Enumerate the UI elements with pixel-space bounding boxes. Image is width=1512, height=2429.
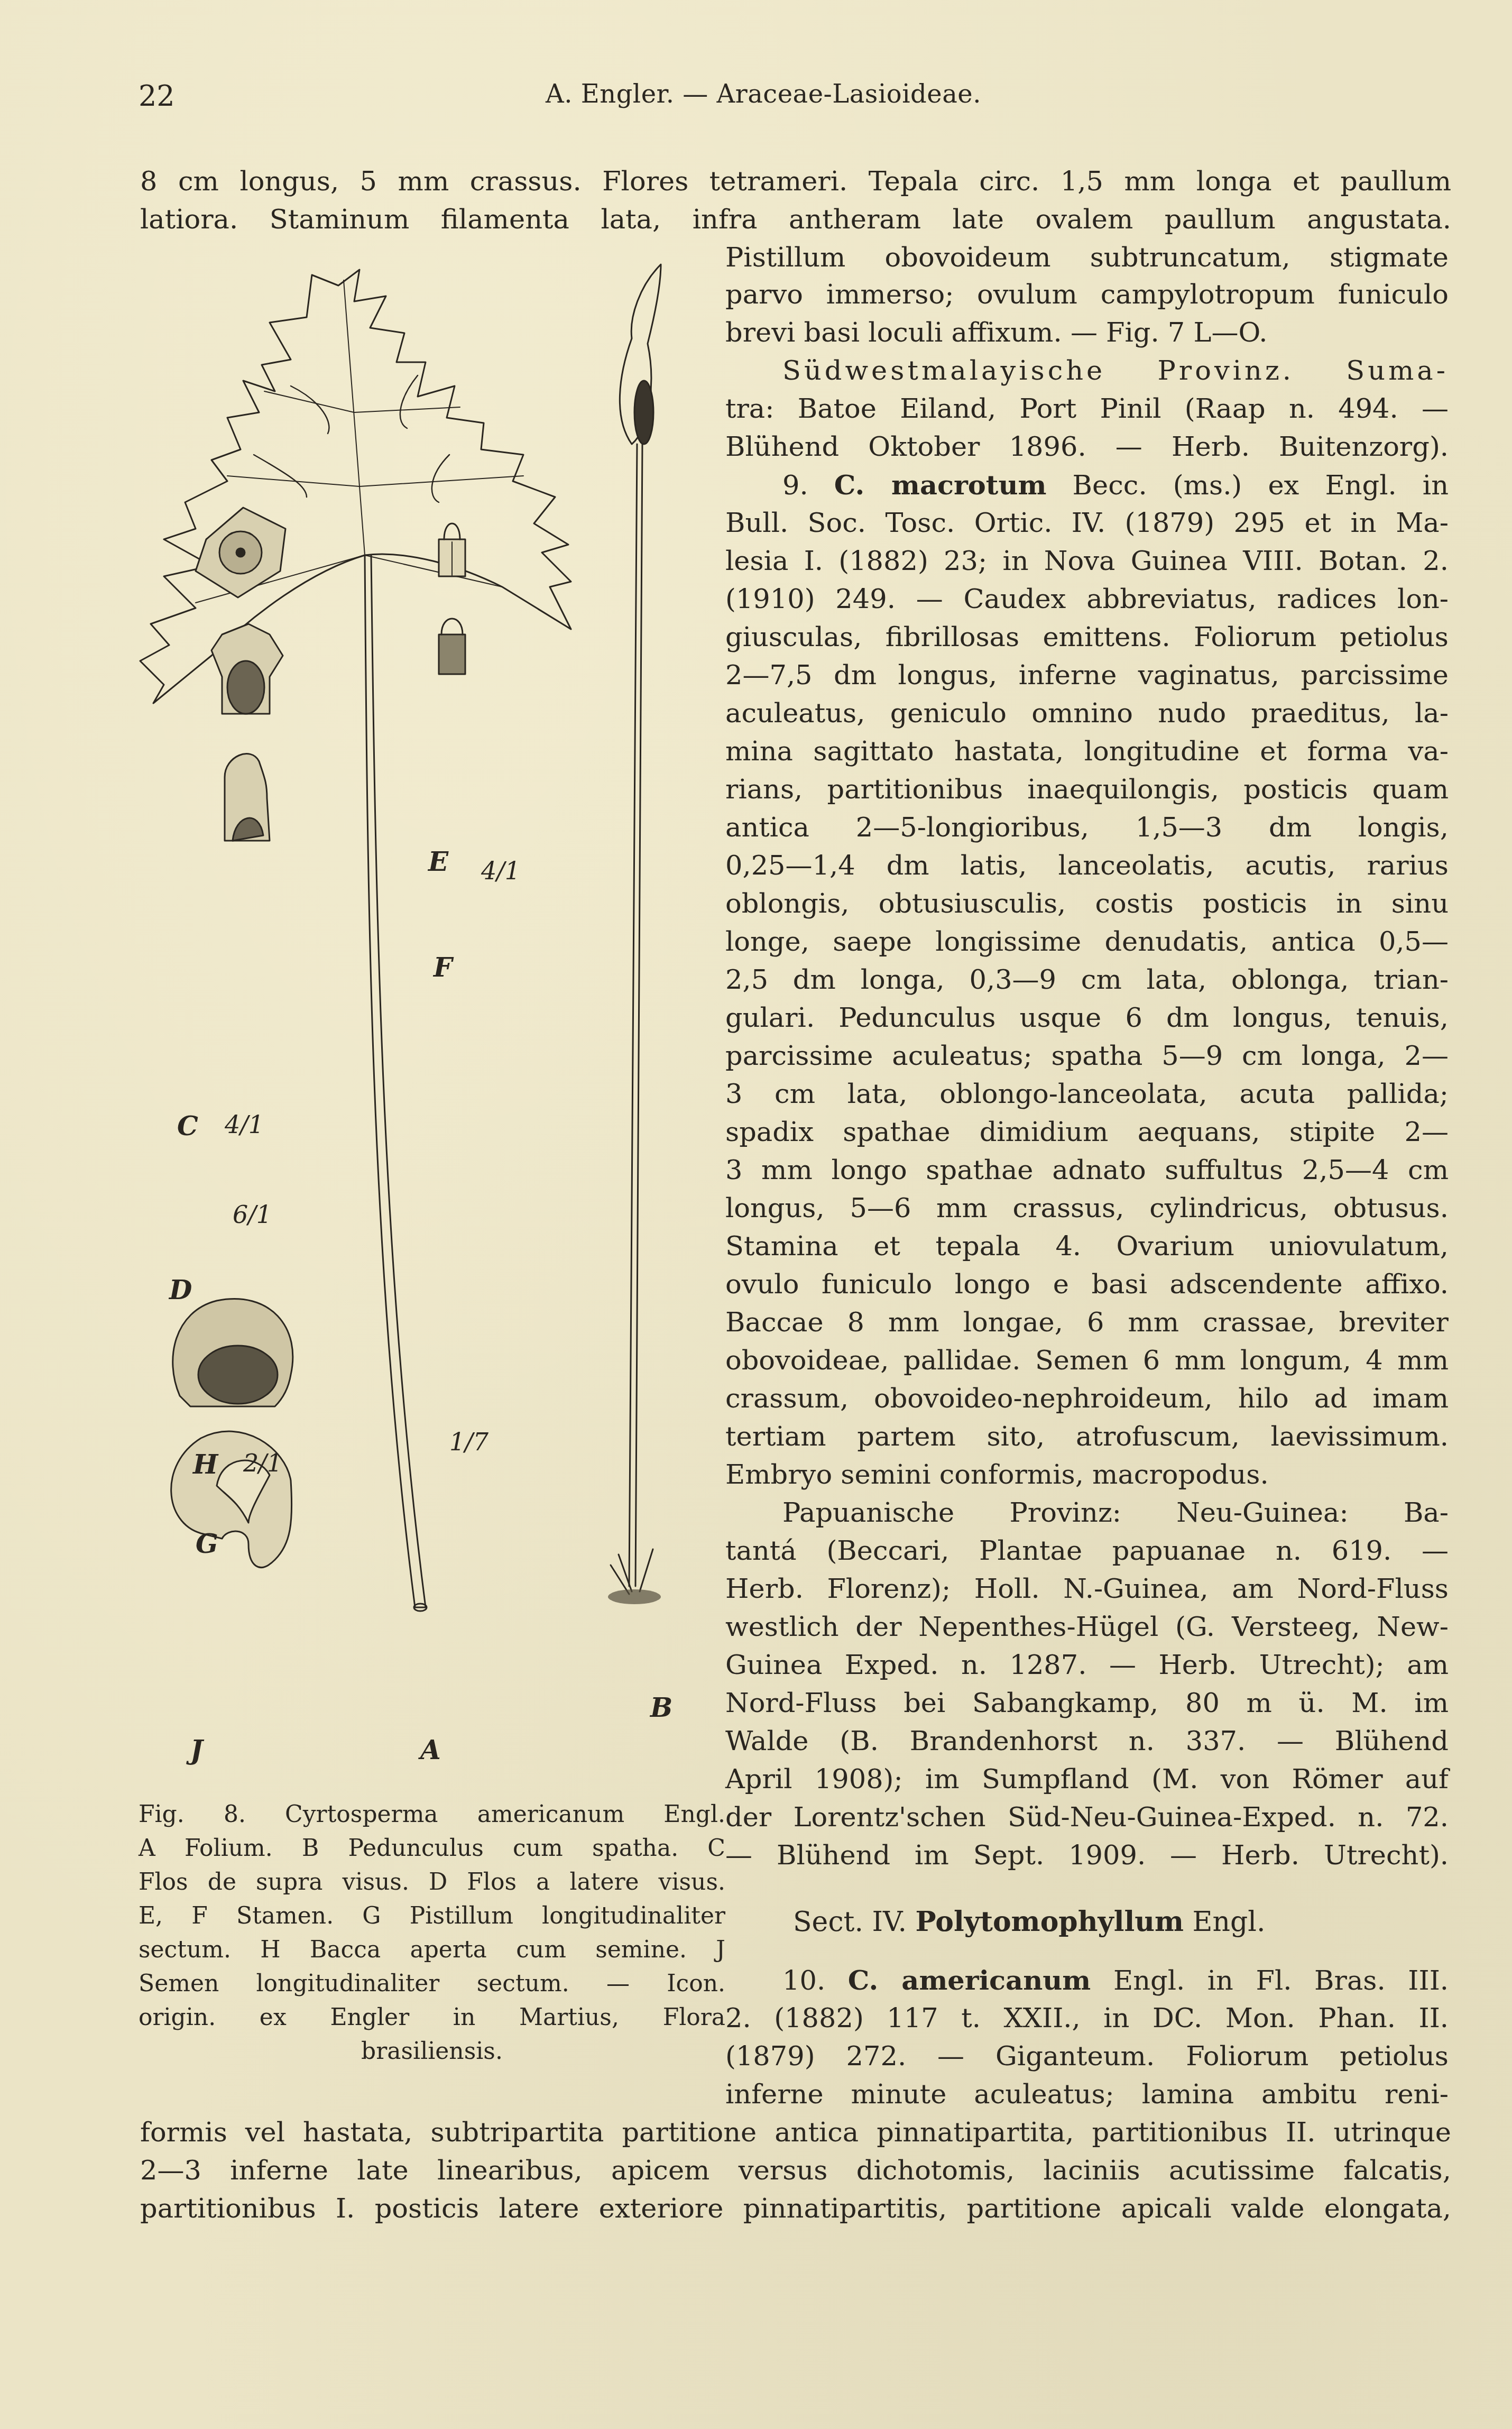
text-line: lesia I. (1882) 23; in Nova Guinea VIII.… [725, 542, 1449, 581]
caption-line: brasiliensis. [139, 2035, 725, 2068]
berry-section-icon [173, 1299, 293, 1406]
caption-line: Flos de supra visus. D Flos a latere vis… [139, 1865, 725, 1899]
text-line: der Lorentz'schen Süd-Neu-Guinea-Exped. … [725, 1799, 1449, 1837]
running-head-title: A. Engler. — Araceae-Lasioideae. [546, 79, 981, 109]
text-line: ovulo funiculo longo e basi adscendente … [725, 1266, 1449, 1304]
text-line: Guinea Exped. n. 1287. — Herb. Utrecht);… [725, 1646, 1449, 1685]
species-name: C. macrotum [834, 470, 1047, 501]
text-line: Pistillum obovoideum subtruncatum, stigm… [725, 239, 1449, 277]
fig-label-j: J [190, 1734, 203, 1765]
figure-caption: Fig. 8. Cyrtosperma americanum Engl. A F… [139, 1798, 725, 2068]
text-line: gulari. Pedunculus usque 6 dm longus, te… [725, 999, 1449, 1037]
text-line: longus, 5—6 mm crassus, cylindricus, obt… [725, 1190, 1449, 1228]
text-line: Blühend Oktober 1896. — Herb. Buitenzorg… [725, 428, 1449, 466]
text-line: tra: Batoe Eiland, Port Pinil (Raap n. 4… [725, 390, 1449, 428]
text-line: partitionibus I. posticis latere exterio… [140, 2190, 1451, 2228]
fig-scale-g: 6/1 [233, 1200, 272, 1229]
flower-side-view-icon [211, 624, 283, 714]
text-line: Stamina et tepala 4. Ovarium uniovulatum… [725, 1228, 1449, 1266]
species-name: C. americanum [848, 1965, 1091, 1996]
text-line: mina sagittato hastata, longitudine et f… [725, 733, 1449, 771]
text-line: antica 2—5-longioribus, 1,5—3 dm longis, [725, 809, 1449, 847]
section-name: Polytomophyllum [916, 1906, 1184, 1938]
flower-top-view-icon [196, 508, 285, 597]
fig-label-g: G [196, 1528, 218, 1559]
spatha-icon [608, 264, 661, 1604]
text-line: 0,25—1,4 dm latis, lanceolatis, acutis, … [725, 847, 1449, 885]
text-line: Embryo semini conformis, macropodus. [725, 1456, 1449, 1494]
text-line: inferne minute aculeatus; lamina ambitu … [725, 2076, 1449, 2114]
species-number: 10. [782, 1965, 825, 1996]
text-line: westlich der Nepenthes-Hügel (G. Verstee… [725, 1608, 1449, 1646]
running-head: 22 A. Engler. — Araceae-Lasioideae. [139, 79, 1450, 116]
text-line: 2—7,5 dm longus, inferne vaginatus, parc… [725, 657, 1449, 695]
fig-scale-c: 4/1 [225, 1110, 264, 1139]
text-line: Baccae 8 mm longae, 6 mm crassae, brevit… [725, 1304, 1449, 1342]
text-line: 3 cm lata, oblongo-lanceolata, acuta pal… [725, 1075, 1449, 1114]
stamen-e-icon [439, 523, 465, 576]
species-citation: Engl. in Fl. Bras. III. [1113, 1965, 1449, 1996]
text-line: parvo immerso; ovulum campylotropum funi… [725, 276, 1449, 314]
section-heading: Sect. IV. Polytomophyllum Engl. [793, 1906, 1265, 1938]
text-line: Nord-Fluss bei Sabangkamp, 80 m ü. M. im [725, 1685, 1449, 1723]
section-author: Engl. [1193, 1906, 1266, 1938]
fig-label-f: F [434, 952, 453, 983]
text-line: 8 cm longus, 5 mm crassus. Flores tetram… [140, 163, 1451, 201]
fig-label-h: H [193, 1449, 218, 1480]
text-line: giusculas, fibrillosas emittens. Folioru… [725, 619, 1449, 657]
caption-line: Fig. 8. Cyrtosperma americanum Engl. [139, 1798, 725, 1832]
species-heading-9: 9. C. macrotum Becc. (ms.) ex Engl. in [782, 466, 1449, 505]
text-line: oblongis, obtusiusculis, costis posticis… [725, 885, 1449, 923]
text-line: 2. (1882) 117 t. XXII., in DC. Mon. Phan… [725, 2000, 1449, 2038]
species-citation: Becc. (ms.) ex Engl. in [1073, 470, 1449, 501]
text-line: Herb. Florenz); Holl. N.-Guinea, am Nord… [725, 1570, 1449, 1608]
text-line: (1879) 272. — Giganteum. Foliorum petiol… [725, 2038, 1449, 2076]
text-line: latiora. Staminum filamenta lata, infra … [140, 201, 1451, 239]
fig-label-c: C [177, 1110, 198, 1142]
species-number: 9. [782, 470, 808, 501]
leaf-blade-icon [140, 270, 571, 703]
text-line: longe, saepe longissime denudatis, antic… [725, 923, 1449, 961]
province-heading: Papuanische Provinz: Neu-Guinea: Ba- [782, 1494, 1449, 1532]
text-line: 2,5 dm longa, 0,3—9 cm lata, oblonga, tr… [725, 961, 1449, 999]
fig-scale-a: 1/7 [449, 1428, 488, 1456]
botanical-drawing [132, 254, 714, 1787]
fig-scale-h: 2/1 [243, 1449, 282, 1477]
text-line: — Blühend im Sept. 1909. — Herb. Utrecht… [725, 1837, 1449, 1875]
caption-line: sectum. H Bacca aperta cum semine. J [139, 1933, 725, 1967]
caption-line: E, F Stamen. G Pistillum longitudinalite… [139, 1899, 725, 1933]
text-line: rians, partitionibus inaequilongis, post… [725, 771, 1449, 809]
text-line: crassum, obovoideo-nephroideum, hilo ad … [725, 1380, 1449, 1418]
petiole-icon [365, 555, 426, 1607]
text-line: Bull. Soc. Tosc. Ortic. IV. (1879) 295 e… [725, 504, 1449, 542]
fig-label-e: E [428, 846, 448, 877]
text-line: aculeatus, geniculo omnino nudo praeditu… [725, 695, 1449, 733]
text-line: (1910) 249. — Caudex abbreviatus, radice… [725, 581, 1449, 619]
book-page: 22 A. Engler. — Araceae-Lasioideae. 8 cm… [0, 0, 1512, 2429]
stamen-f-icon [439, 619, 465, 674]
fig-label-d: D [169, 1274, 192, 1305]
caption-line: Semen longitudinaliter sectum. — Icon. [139, 1967, 725, 2001]
text-line: 3 mm longo spathae adnato suffultus 2,5—… [725, 1152, 1449, 1190]
province-heading: Südwestmalayische Provinz. Suma- [782, 352, 1449, 390]
text-line: formis vel hastata, subtripartita partit… [140, 2114, 1451, 2152]
figure-8-illustration: C 4/1 D 6/1 G E 4/1 F 1/7 H 2/1 J A B [132, 254, 714, 1787]
text-line: Walde (B. Brandenhorst n. 337. — Blühend [725, 1723, 1449, 1761]
caption-line: A Folium. B Pedunculus cum spatha. C [139, 1832, 725, 1865]
fig-scale-ef: 4/1 [481, 857, 520, 885]
text-line: obovoideae, pallidae. Semen 6 mm longum,… [725, 1342, 1449, 1380]
text-line: parcissime aculeatus; spatha 5—9 cm long… [725, 1037, 1449, 1075]
text-line: April 1908); im Sumpfland (M. von Römer … [725, 1761, 1449, 1799]
text-line: tertiam partem sito, atrofuscum, laeviss… [725, 1418, 1449, 1456]
species-heading-10: 10. C. americanum Engl. in Fl. Bras. III… [782, 1962, 1449, 2000]
page-number: 22 [139, 79, 175, 113]
text-line: tantá (Beccari, Plantae papuanae n. 619.… [725, 1532, 1449, 1570]
fig-label-b: B [650, 1692, 672, 1723]
text-line: brevi basi loculi affixum. — Fig. 7 L—O. [725, 314, 1449, 352]
pistil-section-icon [225, 754, 270, 841]
section-prefix: Sect. IV. [793, 1906, 907, 1938]
text-line: 2—3 inferne late linearibus, apicem vers… [140, 2152, 1451, 2190]
text-line: spadix spathae dimidium aequans, stipite… [725, 1114, 1449, 1152]
fig-label-a: A [420, 1734, 441, 1765]
caption-line: origin. ex Engler in Martius, Flora [139, 2001, 725, 2035]
